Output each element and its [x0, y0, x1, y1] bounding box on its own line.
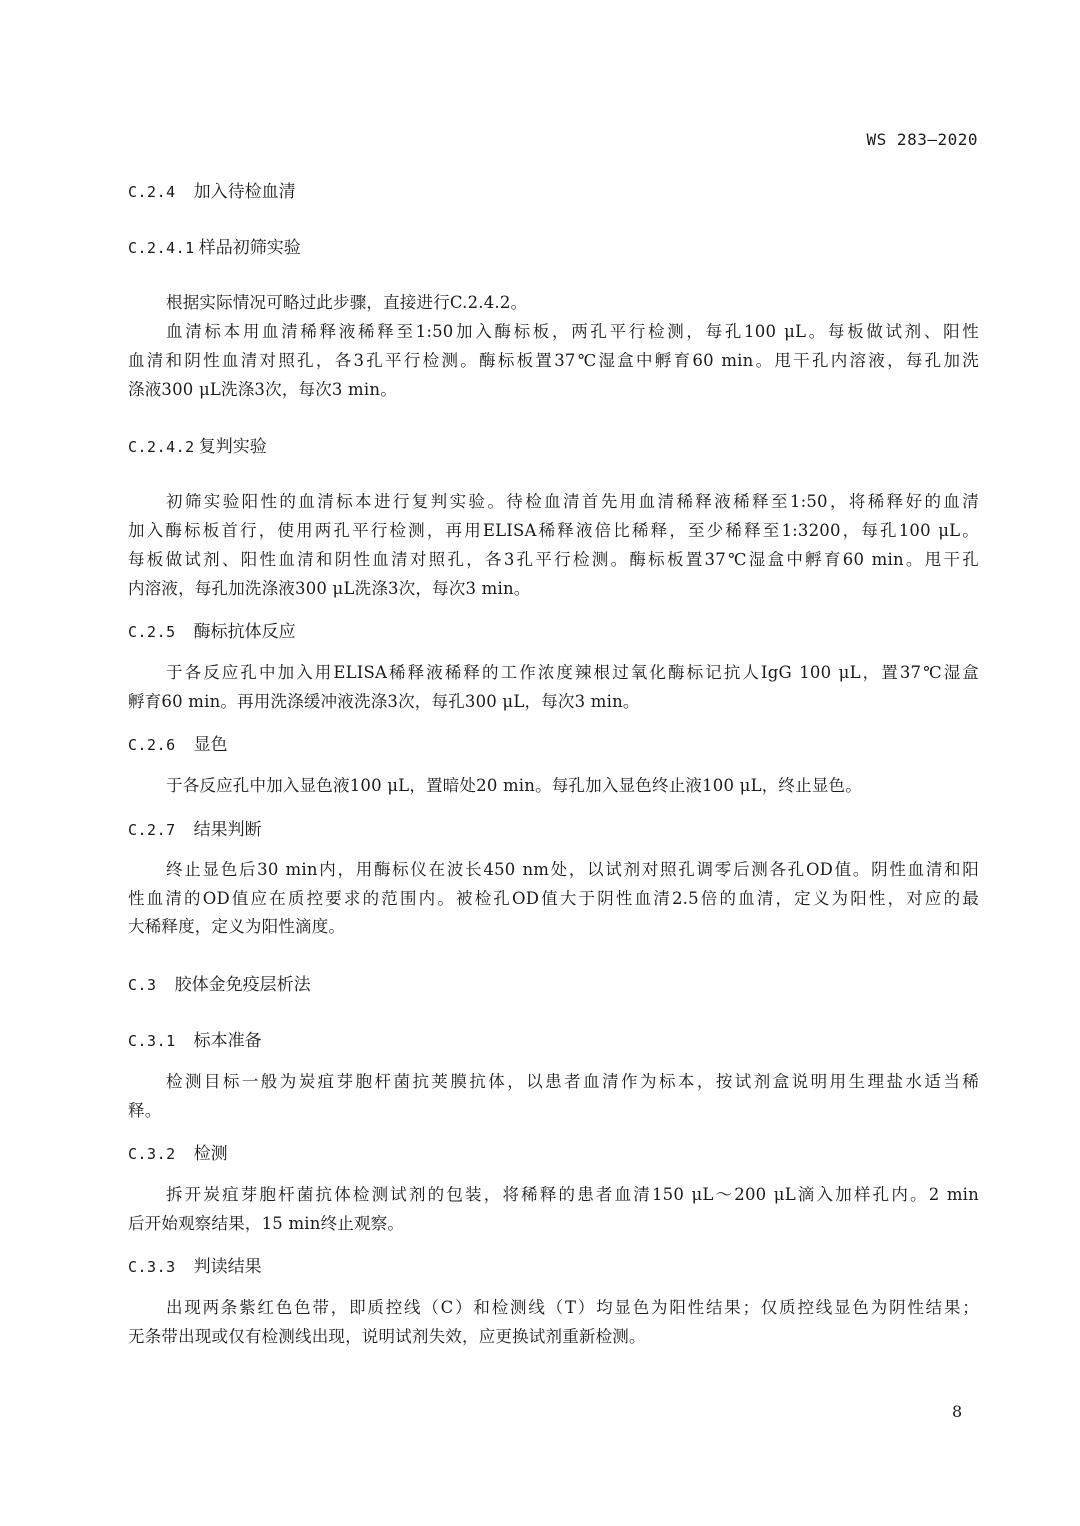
- paragraph-line: 根据实际情况可略过此步骤，直接进行C.2.4.2。: [166, 289, 979, 313]
- section-heading-c31: C.3.1标本准备: [128, 1026, 262, 1051]
- section-heading-c3: C.3胶体金免疫层析法: [128, 970, 311, 995]
- paragraph-line: 每板做试剂、阳性血清和阴性血清对照孔，各3孔平行检测。酶标板置37℃湿盒中孵育6…: [128, 546, 979, 570]
- section-number: C.2.7: [128, 821, 176, 839]
- section-number: C.2.4.1: [128, 239, 195, 257]
- document-page: WS 283—2020 C.2.4加入待检血清 C.2.4.1样品初筛实验 根据…: [0, 0, 1080, 1526]
- section-heading-c33: C.3.3判读结果: [128, 1252, 262, 1277]
- section-heading-c27: C.2.7结果判断: [128, 815, 262, 840]
- section-number: C.3: [128, 976, 157, 994]
- section-number: C.3.3: [128, 1258, 176, 1276]
- paragraph-line: 终止显色后30 min内，用酶标仪在波长450 nm处，以试剂对照孔调零后测各孔…: [166, 856, 979, 880]
- paragraph-line: 初筛实验阳性的血清标本进行复判实验。待检血清首先用血清稀释液稀释至1:50，将稀…: [166, 488, 979, 512]
- paragraph-line: 无条带出现或仅有检测线出现，说明试剂失效，应更换试剂重新检测。: [128, 1323, 979, 1347]
- section-heading-c26: C.2.6显色: [128, 730, 228, 755]
- paragraph-line: 检测目标一般为炭疽芽胞杆菌抗荚膜抗体，以患者血清作为标本，按试剂盒说明用生理盐水…: [166, 1068, 979, 1092]
- paragraph-line: 于各反应孔中加入用ELISA稀释液稀释的工作浓度辣根过氧化酶标记抗人IgG 10…: [166, 659, 979, 683]
- page-number: 8: [952, 1402, 962, 1421]
- section-heading-c242: C.2.4.2复判实验: [128, 432, 267, 457]
- section-number: C.2.5: [128, 623, 176, 641]
- paragraph-line: 内溶液，每孔加洗涤液300 μL洗涤3次，每次3 min。: [128, 575, 979, 599]
- section-title: 复判实验: [199, 437, 267, 457]
- paragraph-line: 血清标本用血清稀释液稀释至1:50加入酶标板，两孔平行检测，每孔100 μL。每…: [166, 318, 979, 342]
- section-title: 胶体金免疫层析法: [175, 975, 311, 995]
- paragraph-line: 涤液300 μL洗涤3次，每次3 min。: [128, 376, 979, 400]
- section-number: C.2.4: [128, 183, 176, 201]
- paragraph-line: 出现两条紫红色色带，即质控线（C）和检测线（T）均显色为阳性结果；仅质控线显色为…: [166, 1294, 979, 1318]
- paragraph-line: 拆开炭疽芽胞杆菌抗体检测试剂的包装，将稀释的患者血清150 μL～200 μL滴…: [166, 1181, 979, 1205]
- section-heading-c25: C.2.5酶标抗体反应: [128, 617, 296, 642]
- paragraph-line: 孵育60 min。再用洗涤缓冲液洗涤3次，每孔300 μL，每次3 min。: [128, 688, 979, 712]
- paragraph-line: 后开始观察结果，15 min终止观察。: [128, 1210, 979, 1234]
- section-heading-c32: C.3.2检测: [128, 1139, 228, 1164]
- section-number: C.3.2: [128, 1145, 176, 1163]
- section-title: 结果判断: [194, 820, 262, 840]
- section-title: 样品初筛实验: [199, 238, 301, 258]
- section-title: 检测: [194, 1144, 228, 1164]
- paragraph-line: 加入酶标板首行，使用两孔平行检测，再用ELISA稀释液倍比稀释，至少稀释至1:3…: [128, 517, 979, 541]
- paragraph-line: 血清和阴性血清对照孔，各3孔平行检测。酶标板置37℃湿盒中孵育60 min。甩干…: [128, 347, 979, 371]
- section-heading-c24: C.2.4加入待检血清: [128, 177, 296, 202]
- section-title: 标本准备: [194, 1031, 262, 1051]
- section-title: 判读结果: [194, 1257, 262, 1277]
- section-title: 显色: [194, 735, 228, 755]
- paragraph-line: 释。: [128, 1097, 979, 1121]
- section-number: C.2.4.2: [128, 438, 195, 456]
- paragraph-line: 性血清的OD值应在质控要求的范围内。被检孔OD值大于阴性血清2.5倍的血清，定义…: [128, 885, 979, 909]
- section-number: C.3.1: [128, 1032, 176, 1050]
- section-title: 酶标抗体反应: [194, 622, 296, 642]
- paragraph-line: 大稀释度，定义为阳性滴度。: [128, 913, 979, 937]
- section-title: 加入待检血清: [194, 182, 296, 202]
- paragraph-line: 于各反应孔中加入显色液100 μL，置暗处20 min。每孔加入显色终止液100…: [166, 772, 979, 796]
- section-number: C.2.6: [128, 736, 176, 754]
- section-heading-c241: C.2.4.1样品初筛实验: [128, 233, 301, 258]
- standard-code: WS 283—2020: [867, 130, 978, 149]
